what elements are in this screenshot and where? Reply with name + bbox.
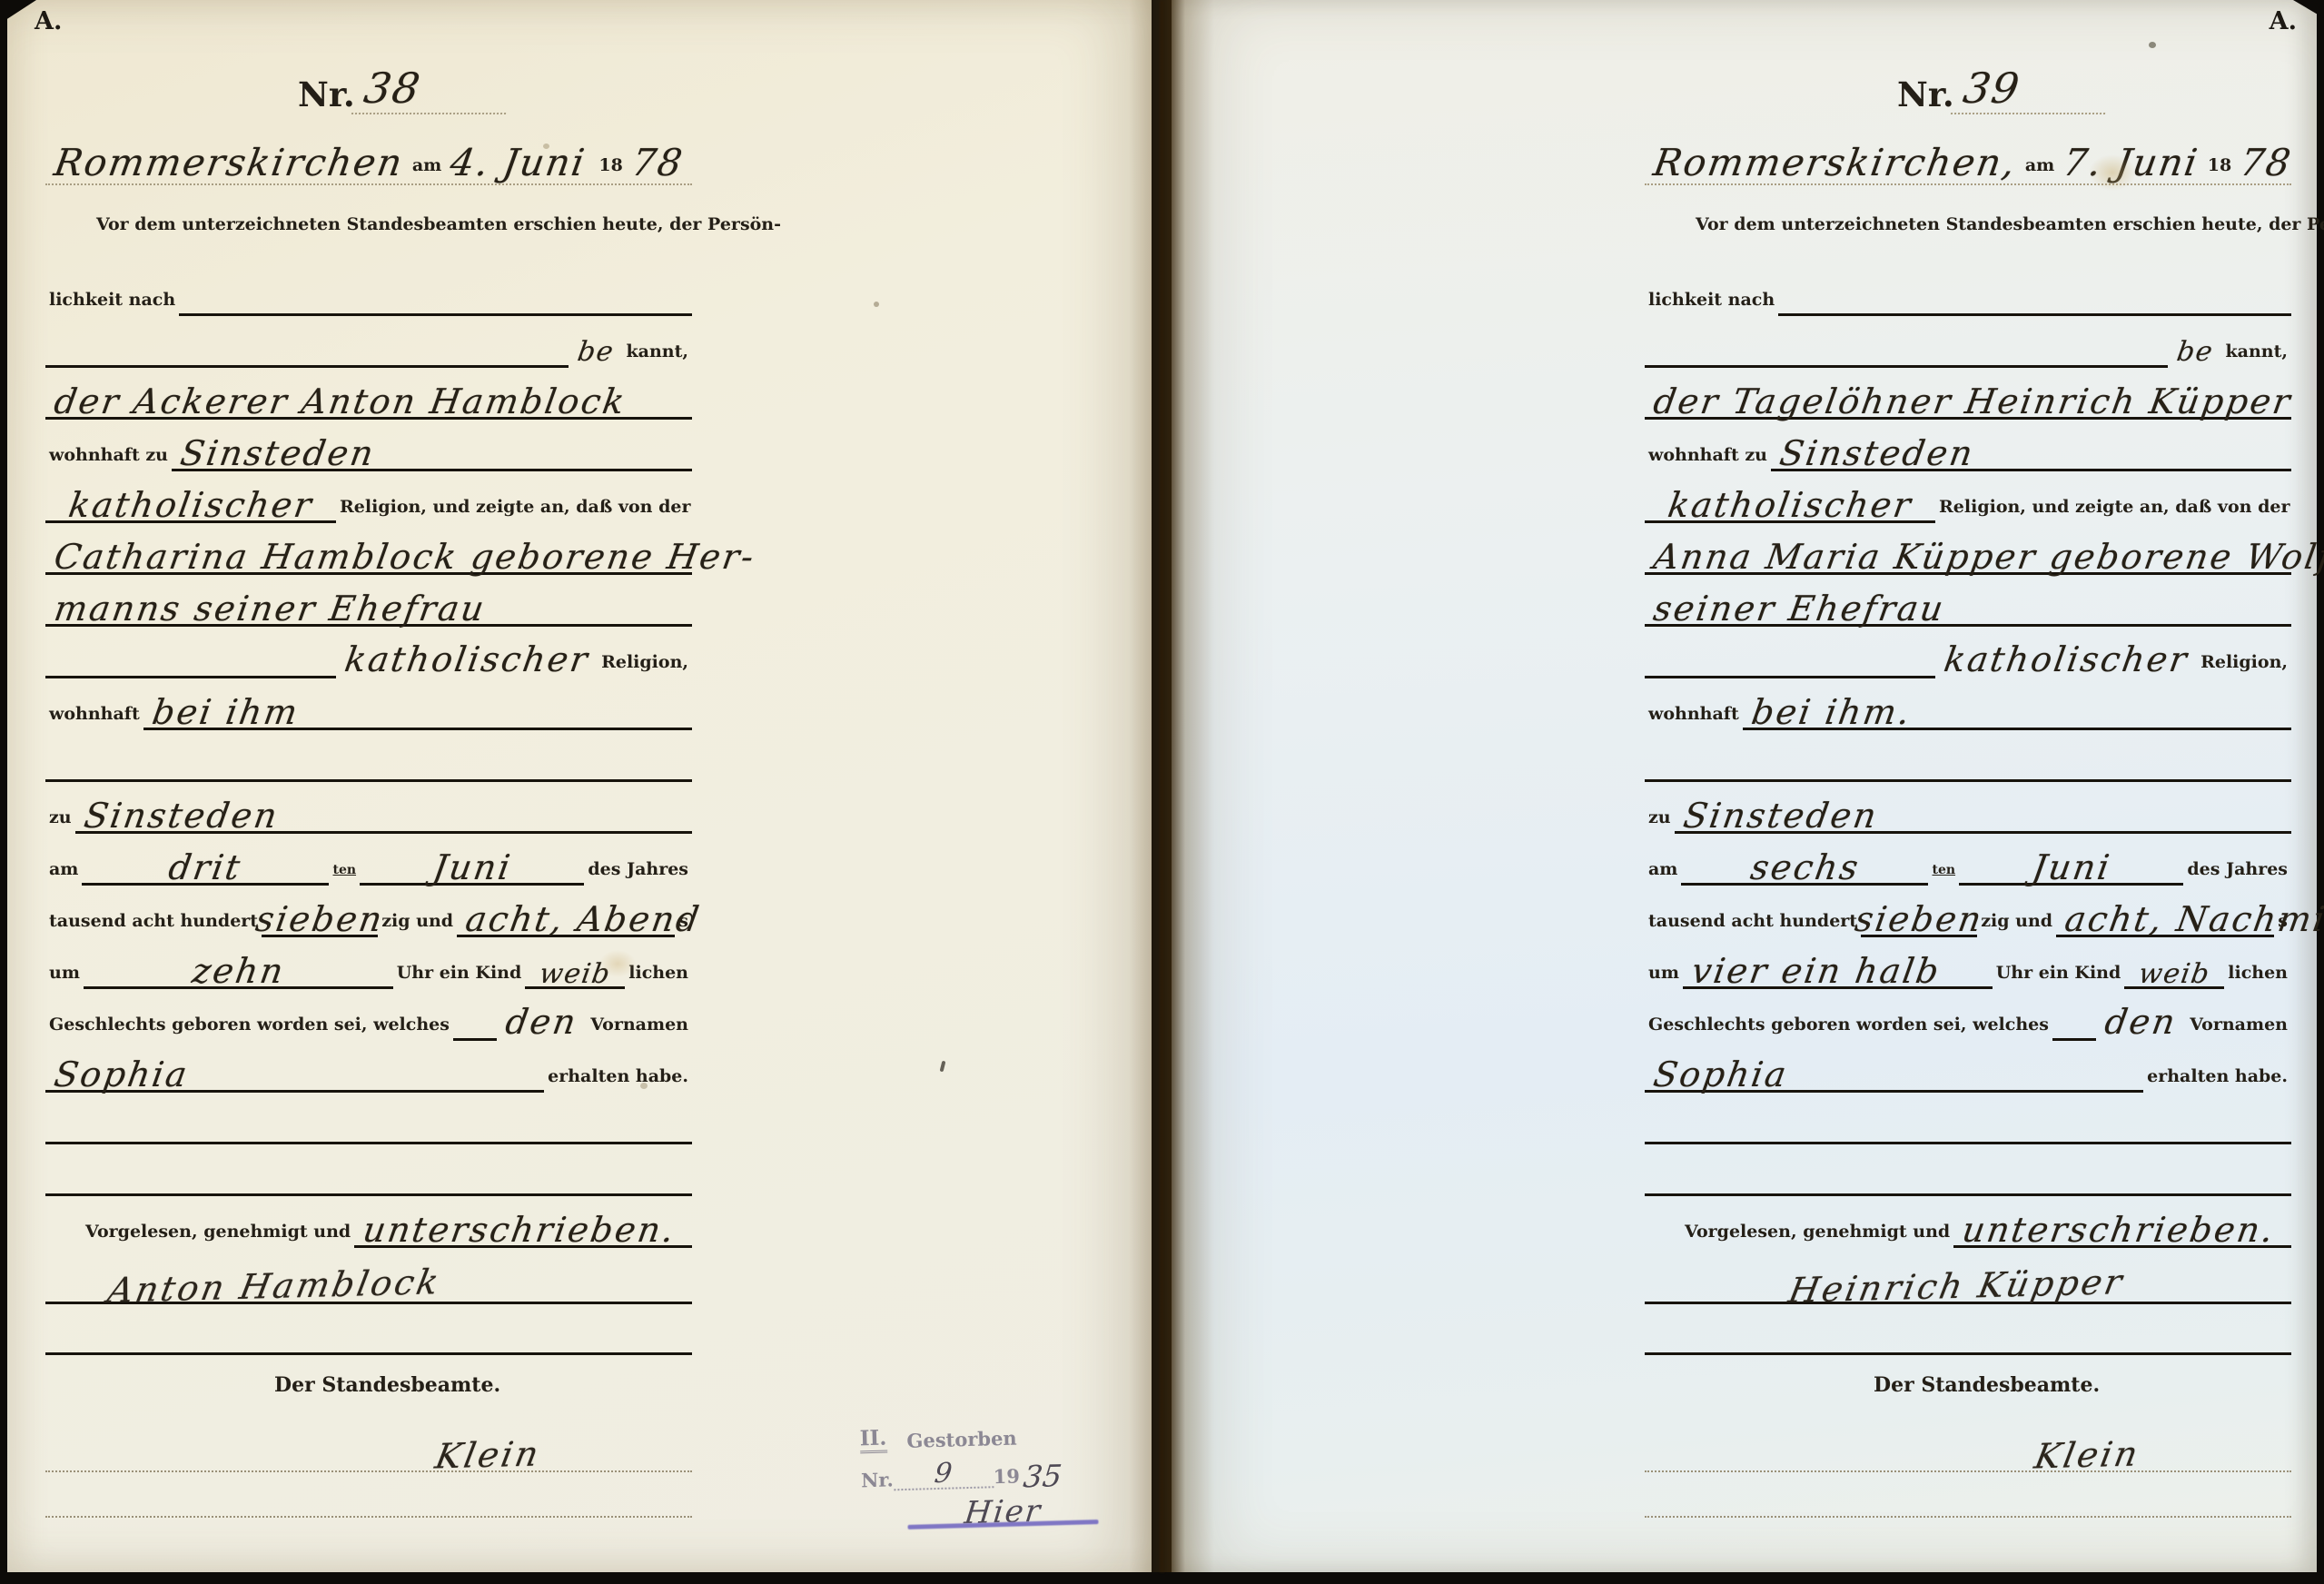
unterschrieben-line: unterschrieben. — [354, 1213, 692, 1248]
religion-line: katholischer — [45, 488, 336, 523]
intro-line-2-row: lichkeit nach — [1645, 264, 2291, 316]
stamp-nr-label: Nr. — [861, 1468, 894, 1491]
mother-residence-line: bei ihm — [143, 695, 692, 730]
uhr-ein-kind-label: Uhr ein Kind — [1996, 963, 2121, 989]
unterschrieben-value: unterschrieben. — [351, 1213, 687, 1249]
am-label: am — [412, 155, 441, 183]
nr-label: Nr. — [298, 74, 355, 114]
child-name-row: Sophia erhalten habe. — [1645, 1041, 2291, 1093]
hour-line: zehn — [84, 954, 393, 989]
blank-line — [453, 1038, 497, 1041]
am-label: am — [2025, 155, 2054, 183]
paper-speck — [874, 302, 879, 307]
declarant-row: der Tagelöhner Heinrich Küpper — [1645, 368, 2291, 420]
declarant-name: der Tagelöhner Heinrich Küpper — [1642, 384, 2304, 421]
religion-line: katholischer — [1645, 488, 1935, 523]
official-signature-line: Klein — [1645, 1438, 2291, 1472]
year-suffix: 78 — [2229, 144, 2304, 183]
record-date: 4. Juni — [439, 144, 598, 183]
religion-zeigte-label: Religion, und zeigte an, daß von der — [340, 497, 690, 523]
mother-residence-value: bei ihm. — [1740, 695, 1923, 731]
scan-corner-artifact-left — [0, 0, 36, 24]
birth-day-value: sechs — [1738, 850, 1871, 886]
zu-label: zu — [49, 807, 72, 834]
register-book-scan: A. Nr. 38 Rommerskirchen am 4. Juni 18 7… — [0, 0, 2324, 1584]
des-jahres-label: des Jahres — [2187, 859, 2288, 886]
birth-hour-row: um zehn Uhr ein Kind weib lichen — [45, 937, 692, 989]
residence-row: wohnhaft zu Sinsteden — [1645, 420, 2291, 471]
blank-line — [2052, 1038, 2096, 1041]
birth-month-line: Juni — [360, 850, 584, 886]
birth-year-row: tausend acht hundert sieben zig und acht… — [45, 886, 692, 937]
birth-day-row: am drit ten Juni des Jahres — [45, 834, 692, 886]
mother-religion-row: katholischer Religion, — [45, 627, 692, 678]
hour-line: vier ein halb — [1683, 954, 1993, 989]
den-handwritten: den — [494, 1005, 589, 1041]
geschlechts-row: Geschlechts geboren worden sei, welches … — [1645, 989, 2291, 1041]
place-date-line: Rommerskirchen, am 7. Juni 18 78 — [1645, 127, 2291, 185]
geschlechts-label: Geschlechts geboren worden sei, welches — [49, 1015, 450, 1041]
um-label: um — [49, 963, 80, 989]
place-name: Rommerskirchen, — [1642, 144, 2029, 183]
declarant-name: der Ackerer Anton Hamblock — [43, 384, 638, 421]
blank-row — [45, 730, 692, 782]
vornamen-label: Vornamen — [2190, 1015, 2288, 1041]
paper-stain — [599, 950, 636, 977]
mother-residence-line: bei ihm. — [1743, 695, 2291, 730]
lichkeit-nach-label: lichkeit nach — [49, 290, 175, 316]
residence-value: Sinsteden — [1768, 436, 1986, 472]
unterschrieben-line: unterschrieben. — [1953, 1213, 2291, 1248]
declarant-religion: katholischer — [1656, 488, 1924, 524]
scan-corner-artifact-right — [2293, 0, 2324, 18]
dotted-line — [1645, 1516, 2291, 1518]
record-number-line: Nr. 39 — [1897, 58, 2291, 114]
lichen-label: lichen — [628, 963, 688, 989]
wohnhaft-label: wohnhaft — [1648, 704, 1739, 730]
blank-line — [1645, 365, 2168, 368]
year-tens-line: sieben — [1861, 902, 1977, 937]
gender-line: weib — [2124, 961, 2224, 989]
birth-year-row: tausend acht hundert sieben zig und acht… — [1645, 886, 2291, 937]
book-gutter-seam — [1160, 0, 1164, 1572]
tausend-label: tausend acht hundert — [49, 911, 258, 937]
lichen-label: lichen — [2228, 963, 2288, 989]
blank-row — [45, 1093, 692, 1144]
mother-religion: katholischer — [332, 642, 600, 678]
official-signature: Klein — [423, 1436, 553, 1476]
mother-name-continued: manns seiner Ehefrau — [43, 591, 498, 628]
mother-name: Catharina Hamblock geborene Her- — [43, 540, 767, 576]
bekannt-row: be kannt, — [1645, 316, 2291, 368]
blank-line — [45, 1352, 692, 1355]
blank-line — [1778, 313, 2291, 316]
vorgelesen-label: Vorgelesen, genehmigt und — [49, 1222, 351, 1248]
mother-line-2: seiner Ehefrau — [1645, 591, 2291, 627]
hour-value: zehn — [180, 954, 296, 990]
birth-place-line: Sinsteden — [1675, 798, 2291, 834]
des-jahres-label: des Jahres — [588, 859, 688, 886]
declarant-signature-row: Heinrich Küpper — [1645, 1248, 2291, 1304]
am-label-2: am — [49, 859, 78, 886]
stamp-title: Gestorben — [906, 1427, 1017, 1452]
blank-row — [45, 1144, 692, 1196]
gender-value: weib — [2128, 961, 2221, 990]
child-name-line: Sophia — [1645, 1057, 2143, 1093]
year-tens-value: sieben — [1844, 902, 1995, 938]
stamp-year-prefix: 19 — [993, 1464, 1020, 1488]
official-signature: Klein — [2022, 1436, 2152, 1476]
paper-speck — [2149, 42, 2156, 48]
record-number: 39 — [1951, 67, 2112, 114]
stamp-place-row: Hier — [862, 1493, 1144, 1525]
unterschrieben-value: unterschrieben. — [1951, 1213, 2287, 1249]
geschlechts-label: Geschlechts geboren worden sei, welches — [1648, 1015, 2049, 1041]
blank-line — [1645, 676, 1935, 678]
residence-row: wohnhaft zu Sinsteden — [45, 420, 692, 471]
blank-line — [1645, 779, 2291, 782]
residence-line: Sinsteden — [1771, 436, 2291, 471]
child-name-row: Sophia erhalten habe. — [45, 1041, 692, 1093]
religion-label: Religion, — [2200, 652, 2288, 678]
child-name-value: Sophia — [43, 1057, 201, 1094]
stamp-nr-value: 9 — [929, 1460, 956, 1488]
stamp-roman-numeral: II. — [859, 1426, 886, 1454]
birth-month-value: Juni — [420, 850, 523, 886]
year-tens-line: sieben — [262, 902, 378, 937]
vornamen-label: Vornamen — [590, 1015, 688, 1041]
blank-line — [45, 1142, 692, 1144]
year-units-time-value: acht, Nachmittag — [2053, 902, 2324, 938]
geschlechts-row: Geschlechts geboren worden sei, welches … — [45, 989, 692, 1041]
stamp-number-row: Nr. 9 19 35 — [861, 1455, 1143, 1492]
official-signature-row: Klein — [45, 1412, 692, 1472]
blank-line — [179, 313, 692, 316]
kannt-label: kannt, — [2226, 342, 2289, 368]
declarant-signature: Anton Hamblock — [95, 1264, 453, 1310]
birth-place-value: Sinsteden — [1671, 798, 1889, 835]
mother-religion: katholischer — [1932, 642, 2200, 678]
form-column-left: Nr. 38 Rommerskirchen am 4. Juni 18 78 V… — [45, 0, 692, 1572]
intro-line-1: Vor dem unterzeichneten Standesbeamten e… — [1645, 214, 2291, 264]
mother-line: Anna Maria Küpper geborene Wolf — [1645, 540, 2291, 575]
tausend-label: tausend acht hundert — [1648, 911, 1857, 937]
blank-row — [1645, 1304, 2291, 1355]
dotted-line — [45, 1516, 692, 1518]
vorgelesen-row: Vorgelesen, genehmigt und unterschrieben… — [45, 1196, 692, 1248]
blank-line — [1645, 1352, 2291, 1355]
erhalten-habe-label: erhalten habe. — [548, 1066, 688, 1093]
blank-line — [45, 676, 336, 678]
child-name-line: Sophia — [45, 1057, 544, 1093]
blank-line — [1645, 1142, 2291, 1144]
lichkeit-nach-label: lichkeit nach — [1648, 290, 1775, 316]
birth-day-line: sechs — [1681, 850, 1928, 886]
religion-label: Religion, — [601, 652, 688, 678]
blank-line — [45, 1193, 692, 1196]
mother-residence-row: wohnhaft bei ihm — [45, 678, 692, 730]
death-registration-stamp: II. Gestorben Nr. 9 19 35 Hier — [859, 1419, 1143, 1531]
mother-name: Anna Maria Küpper geborene Wolf — [1642, 540, 2324, 576]
ten-label: ten — [332, 863, 356, 886]
paper-speck — [543, 144, 549, 149]
birth-place-line: Sinsteden — [75, 798, 692, 834]
record-number: 38 — [351, 67, 513, 114]
um-label: um — [1648, 963, 1679, 989]
uhr-ein-kind-label: Uhr ein Kind — [397, 963, 522, 989]
am-label-2: am — [1648, 859, 1677, 886]
birth-month-value: Juni — [2020, 850, 2122, 886]
bottom-dotted-row — [45, 1472, 692, 1518]
vorgelesen-row: Vorgelesen, genehmigt und unterschrieben… — [1645, 1196, 2291, 1248]
mother-line: Catharina Hamblock geborene Her- — [45, 540, 692, 575]
be-handwritten: be — [2165, 339, 2224, 368]
bekannt-row: be kannt, — [45, 316, 692, 368]
record-number-line: Nr. 38 — [298, 58, 692, 114]
book-gutter — [1129, 0, 1214, 1572]
declarant-religion: katholischer — [57, 488, 325, 524]
declarant-signature-line: Anton Hamblock — [45, 1269, 692, 1304]
blank-row — [1645, 1093, 2291, 1144]
mother-name-continued: seiner Ehefrau — [1642, 591, 1957, 628]
year-units-line: acht, Nachmittag — [2056, 902, 2274, 937]
declarant-line: der Tagelöhner Heinrich Küpper — [1645, 384, 2291, 420]
wohnhaft-zu-label: wohnhaft zu — [49, 445, 168, 471]
ten-label: ten — [1932, 863, 1955, 886]
place-name: Rommerskirchen — [43, 144, 416, 183]
birth-hour-row: um vier ein halb Uhr ein Kind weib liche… — [1645, 937, 2291, 989]
residence-value: Sinsteden — [169, 436, 387, 472]
stamp-year-value: 35 — [1018, 1460, 1067, 1492]
declarant-line: der Ackerer Anton Hamblock — [45, 384, 692, 420]
blank-row — [1645, 730, 2291, 782]
register-page-left: A. Nr. 38 Rommerskirchen am 4. Juni 18 7… — [7, 0, 1152, 1572]
birth-day-line: drit — [82, 850, 329, 886]
form-column-right: Nr. 39 Rommerskirchen, am 7. Juni 18 78 … — [1645, 0, 2291, 1572]
mother-residence-row: wohnhaft bei ihm. — [1645, 678, 2291, 730]
nr-label: Nr. — [1897, 74, 1954, 114]
child-name-value: Sophia — [1642, 1057, 1800, 1094]
paper-speck — [640, 1083, 648, 1089]
stamp-nr-line: 9 — [893, 1459, 994, 1490]
bottom-dotted-row — [1645, 1472, 2291, 1518]
declarant-religion-row: katholischer Religion, und zeigte an, da… — [45, 471, 692, 523]
hour-value: vier ein halb — [1680, 954, 1953, 990]
religion-zeigte-label: Religion, und zeigte an, daß von der — [1939, 497, 2289, 523]
official-signature-line: Klein — [45, 1438, 692, 1472]
declarant-signature-line: Heinrich Küpper — [1645, 1269, 2291, 1304]
declarant-signature: Heinrich Küpper — [1776, 1264, 2136, 1310]
mother-name-row: Anna Maria Küpper geborene Wolf — [1645, 523, 2291, 575]
year-units-time-value: acht, Abend — [454, 902, 713, 938]
birth-place-row: zu Sinsteden — [45, 782, 692, 834]
mother-name-row-2: manns seiner Ehefrau — [45, 575, 692, 627]
residence-line: Sinsteden — [172, 436, 692, 471]
year-prefix: 18 — [598, 155, 622, 183]
kannt-label: kannt, — [627, 342, 689, 368]
vorgelesen-label: Vorgelesen, genehmigt und — [1648, 1222, 1950, 1248]
register-page-right: A. Nr. 39 Rommerskirchen, am 7. Juni 18 … — [1172, 0, 2317, 1572]
zu-label: zu — [1648, 807, 1671, 834]
wohnhaft-zu-label: wohnhaft zu — [1648, 445, 1767, 471]
mother-name-row: Catharina Hamblock geborene Her- — [45, 523, 692, 575]
blank-row — [1645, 1144, 2291, 1196]
declarant-row: der Ackerer Anton Hamblock — [45, 368, 692, 420]
erhalten-habe-label: erhalten habe. — [2147, 1066, 2288, 1093]
paper-stain — [2089, 154, 2136, 191]
birth-month-line: Juni — [1959, 850, 2183, 886]
blank-line — [1645, 1193, 2291, 1196]
intro-line-2-row: lichkeit nach — [45, 264, 692, 316]
birth-place-value: Sinsteden — [72, 798, 290, 835]
official-signature-row: Klein — [1645, 1412, 2291, 1472]
birth-day-row: am sechs ten Juni des Jahres — [1645, 834, 2291, 886]
be-handwritten: be — [566, 339, 625, 368]
year-suffix: 78 — [619, 144, 695, 183]
birth-place-row: zu Sinsteden — [1645, 782, 2291, 834]
year-tens-value: sieben — [244, 902, 396, 938]
year-units-line: acht, Abend — [457, 902, 675, 937]
standesbeamte-label: Der Standesbeamte. — [274, 1373, 692, 1412]
den-handwritten: den — [2093, 1005, 2189, 1041]
declarant-religion-row: katholischer Religion, und zeigte an, da… — [1645, 471, 2291, 523]
mother-religion-row: katholischer Religion, — [1645, 627, 2291, 678]
intro-line-1: Vor dem unterzeichneten Standesbeamten e… — [45, 214, 692, 264]
mother-line-2: manns seiner Ehefrau — [45, 591, 692, 627]
wohnhaft-label: wohnhaft — [49, 704, 140, 730]
mother-residence-value: bei ihm — [141, 695, 312, 731]
blank-line — [45, 365, 569, 368]
place-date-line: Rommerskirchen am 4. Juni 18 78 — [45, 127, 692, 185]
declarant-signature-row: Anton Hamblock — [45, 1248, 692, 1304]
mother-name-row-2: seiner Ehefrau — [1645, 575, 2291, 627]
blank-row — [45, 1304, 692, 1355]
blank-line — [45, 779, 692, 782]
standesbeamte-label: Der Standesbeamte. — [1874, 1373, 2291, 1412]
birth-day-value: drit — [157, 850, 253, 886]
